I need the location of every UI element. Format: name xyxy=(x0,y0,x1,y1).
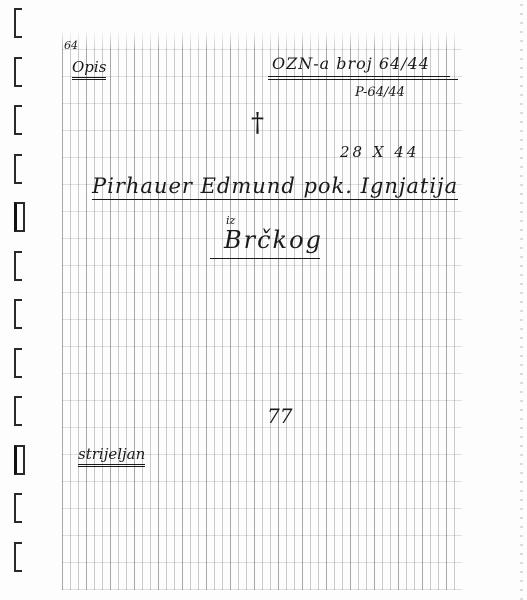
bottom-left-label: strijeljan xyxy=(78,447,145,467)
binder-hole-mark xyxy=(14,348,22,378)
binder-hole-mark xyxy=(14,202,25,232)
binder-hole-mark xyxy=(14,105,22,135)
grid-fade xyxy=(62,30,462,50)
binder-hole-mark xyxy=(14,299,22,329)
binder-holes xyxy=(10,0,30,600)
place-name: Brčkog xyxy=(224,228,323,252)
cross-icon: † xyxy=(251,110,264,136)
binder-hole-mark xyxy=(14,493,22,523)
scanned-document-page: 64 Opis OZN-a broj 64/44 P-64/44 † 28 X … xyxy=(0,0,527,600)
page-edge xyxy=(520,0,523,600)
binder-hole-mark xyxy=(14,251,22,281)
sub-reference: P-64/44 xyxy=(355,86,405,99)
folio-number: 77 xyxy=(267,406,292,426)
binder-hole-mark xyxy=(14,8,22,38)
binder-hole-mark xyxy=(14,445,25,475)
binder-hole-mark xyxy=(14,154,22,184)
place-underline xyxy=(210,258,320,259)
top-left-label: Opis xyxy=(72,60,106,80)
page-number: 64 xyxy=(64,40,78,51)
person-name: Pirhauer Edmund pok. Ignjatija xyxy=(92,176,458,200)
binder-hole-mark xyxy=(14,542,22,572)
from-word: iz xyxy=(226,215,235,226)
date: 28 X 44 xyxy=(340,145,419,160)
reference-number: OZN-a broj 64/44 xyxy=(272,56,430,72)
binder-hole-mark xyxy=(14,396,22,426)
reference-underline xyxy=(268,76,450,77)
binder-hole-mark xyxy=(14,57,22,87)
reference-underline-2 xyxy=(268,79,458,80)
